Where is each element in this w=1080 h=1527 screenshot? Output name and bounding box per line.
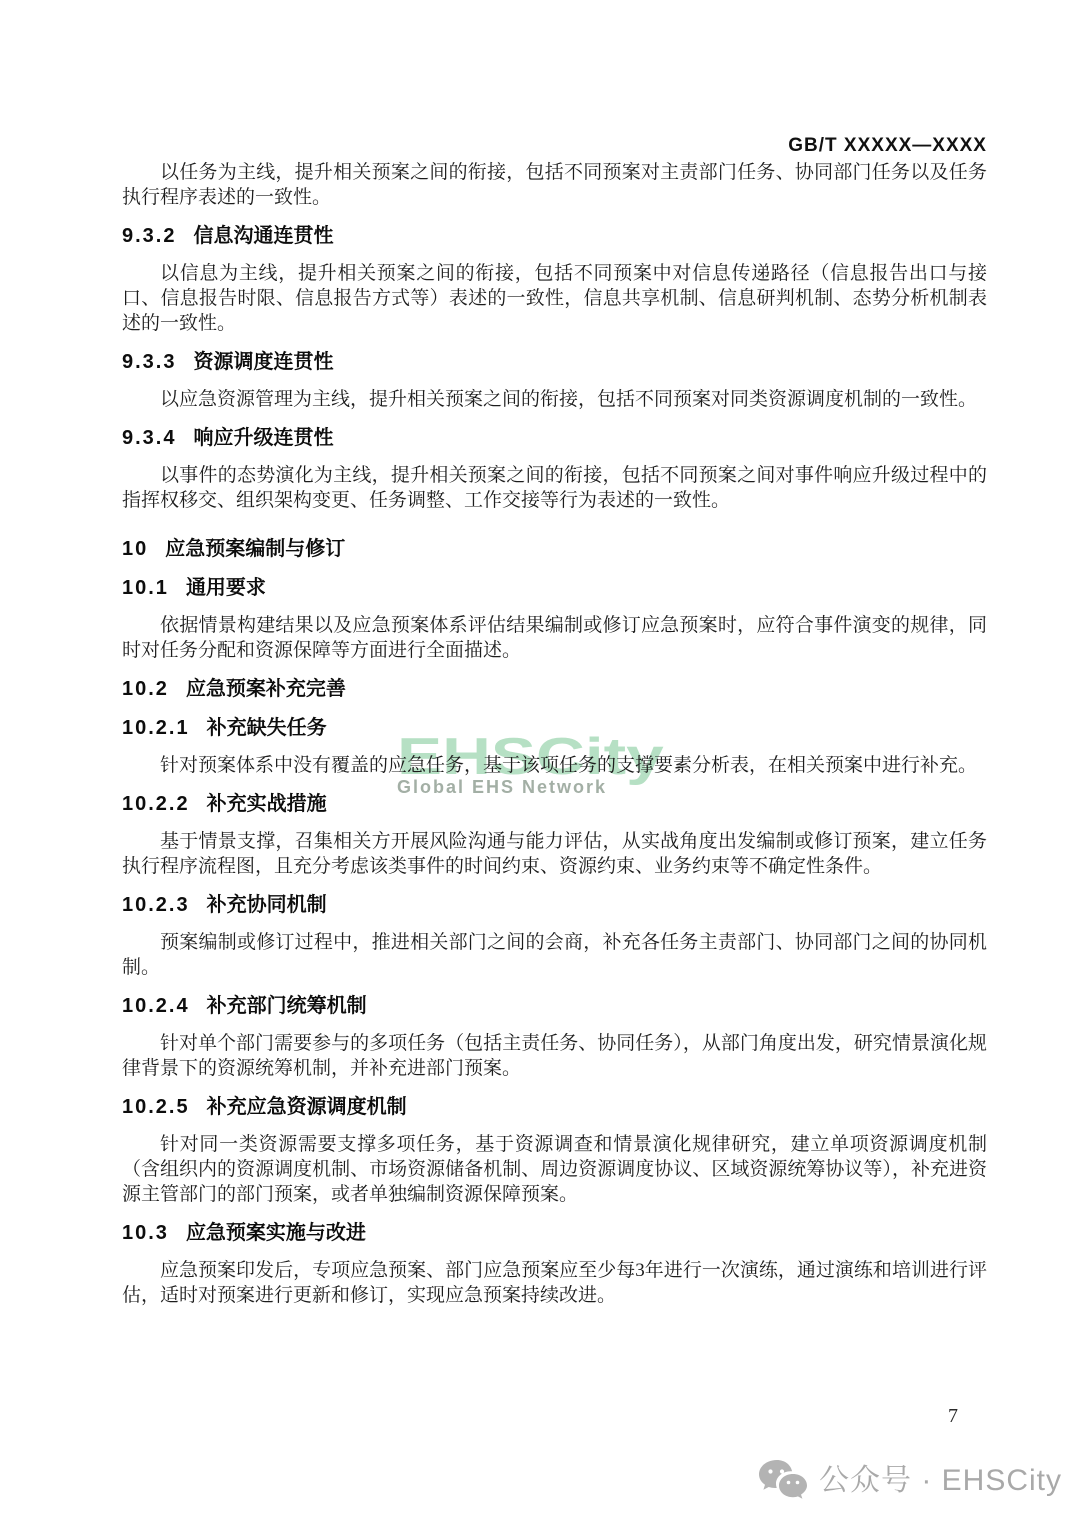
wechat-footer: 公众号 · EHSCity: [757, 1458, 1062, 1504]
paragraph-resource-dispatch-mechanism: 针对同一类资源需要支撑多项任务，基于资源调查和情景演化规律研究，建立单项资源调度…: [122, 1132, 987, 1207]
heading-9-3-4: 9.3.4响应升级连贯性: [122, 426, 987, 451]
wechat-icon: [757, 1458, 809, 1504]
heading-10-2-4: 10.2.4补充部门统筹机制: [122, 994, 987, 1019]
section-title: 应急预案补充完善: [186, 678, 346, 700]
chapter-number: 10: [122, 538, 148, 560]
section-number: 9.3.4: [122, 427, 176, 449]
section-title: 补充缺失任务: [207, 717, 327, 739]
section-number: 9.3.3: [122, 351, 176, 373]
section-number: 10.2.4: [122, 995, 190, 1017]
footer-label: 公众号 · EHSCity: [819, 1458, 1062, 1504]
section-title: 信息沟通连贯性: [193, 225, 333, 247]
heading-10-2-2: 10.2.2补充实战措施: [122, 792, 987, 817]
heading-10-2-1: 10.2.1补充缺失任务: [122, 716, 987, 741]
paragraph-implementation-improvement: 应急预案印发后，专项应急预案、部门应急预案应至少每3年进行一次演练，通过演练和培…: [122, 1258, 987, 1308]
paragraph-task-consistency: 以任务为主线，提升相关预案之间的衔接，包括不同预案对主责部门任务、协同部门任务以…: [122, 160, 987, 210]
section-title: 响应升级连贯性: [193, 427, 333, 449]
heading-9-3-2: 9.3.2信息沟通连贯性: [122, 224, 987, 249]
section-title: 补充实战措施: [207, 793, 327, 815]
section-title: 应急预案实施与改进: [186, 1222, 366, 1244]
section-title: 资源调度连贯性: [193, 351, 333, 373]
paragraph-department-overall-mechanism: 针对单个部门需要参与的多项任务（包括主责任务、协同任务），从部门角度出发，研究情…: [122, 1031, 987, 1081]
heading-10-2-5: 10.2.5补充应急资源调度机制: [122, 1095, 987, 1120]
paragraph-general-requirements: 依据情景构建结果以及应急预案体系评估结果编制或修订应急预案时，应符合事件演变的规…: [122, 613, 987, 663]
section-title: 通用要求: [186, 577, 266, 599]
section-title: 补充部门统筹机制: [207, 995, 367, 1017]
section-number: 10.2.3: [122, 894, 190, 916]
paragraph-practical-measures: 基于情景支撑，召集相关方开展风险沟通与能力评估，从实战角度出发编制或修订预案，建…: [122, 829, 987, 879]
section-title: 补充协同机制: [207, 894, 327, 916]
section-number: 10.2.1: [122, 717, 190, 739]
section-number: 10.2: [122, 678, 169, 700]
heading-10-3: 10.3应急预案实施与改进: [122, 1221, 987, 1246]
section-number: 9.3.2: [122, 225, 176, 247]
paragraph-escalation-consistency: 以事件的态势演化为主线，提升相关预案之间的衔接，包括不同预案之间对事件响应升级过…: [122, 463, 987, 513]
paragraph-missing-tasks: 针对预案体系中没有覆盖的应急任务，基于该项任务的支撑要素分析表，在相关预案中进行…: [122, 753, 987, 778]
document-page: EHSCity Global EHS Network GB/T XXXXX—XX…: [0, 0, 1080, 1527]
heading-10-2: 10.2应急预案补充完善: [122, 677, 987, 702]
section-number: 10.2.5: [122, 1096, 190, 1118]
paragraph-coordination-mechanism: 预案编制或修订过程中，推进相关部门之间的会商，补充各任务主责部门、协同部门之间的…: [122, 930, 987, 980]
section-title: 补充应急资源调度机制: [207, 1096, 407, 1118]
heading-10-2-3: 10.2.3补充协同机制: [122, 893, 987, 918]
paragraph-resource-consistency: 以应急资源管理为主线，提升相关预案之间的衔接，包括不同预案对同类资源调度机制的一…: [122, 387, 987, 412]
content-area: GB/T XXXXX—XXXX 以任务为主线，提升相关预案之间的衔接，包括不同预…: [122, 133, 987, 1308]
section-number: 10.3: [122, 1222, 169, 1244]
page-number: 7: [938, 1404, 968, 1428]
heading-9-3-3: 9.3.3资源调度连贯性: [122, 350, 987, 375]
heading-10-1: 10.1通用要求: [122, 576, 987, 601]
paragraph-info-consistency: 以信息为主线，提升相关预案之间的衔接，包括不同预案中对信息传递路径（信息报告出口…: [122, 261, 987, 336]
heading-chapter-10: 10应急预案编制与修订: [122, 537, 987, 562]
section-number: 10.2.2: [122, 793, 190, 815]
section-number: 10.1: [122, 577, 169, 599]
chapter-title: 应急预案编制与修订: [165, 538, 345, 560]
standard-number-header: GB/T XXXXX—XXXX: [122, 133, 987, 159]
